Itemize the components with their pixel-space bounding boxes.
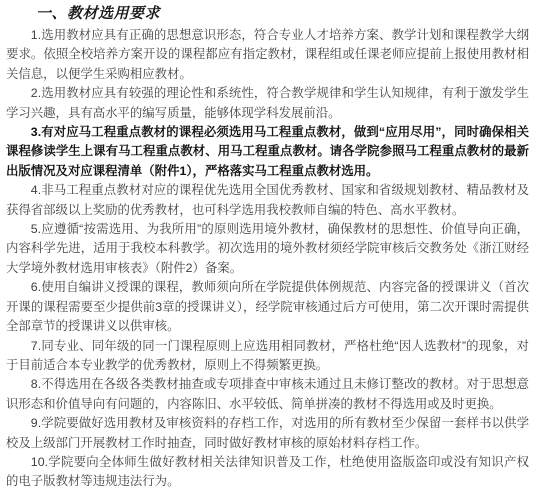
paragraph: 5.应遵循“按需选用、为我所用”的原则选用境外教材，确保教材的思想性、价值导向正… [6,220,529,278]
paragraph: 2.选用教材应具有较强的理论性和系统性，符合教学规律和学生认知规律，有利于激发学… [6,84,529,123]
section-title: 一、教材选用要求 [6,4,529,25]
paragraph: 10.学院要向全体师生做好教材相关法律知识普及工作，杜绝使用盗版盗印或没有知识产… [6,453,529,487]
paragraph: 3.有对应马工程重点教材的课程必须选用马工程重点教材，做到“应用尽用”，同时确保… [6,123,529,181]
paragraph: 6.使用自编讲义授课的课程，教师须向所在学院提供体例规范、内容完备的授课讲义（首… [6,278,529,336]
document-page: 一、教材选用要求 1.选用教材应具有正确的思想意识形态，符合专业人才培养方案、教… [0,0,541,487]
paragraph: 4.非马工程重点教材对应的课程优先选用全国优秀教材、国家和省级规划教材、精品教材… [6,181,529,220]
paragraph: 8.不得选用在各级各类教材抽查或专项排查中审核未通过且未修订整改的教材。对于思想… [6,375,529,414]
paragraph: 1.选用教材应具有正确的思想意识形态，符合专业人才培养方案、教学计划和课程教学大… [6,26,529,84]
paragraph: 9.学院要做好选用教材及审核资料的存档工作，对选用的所有教材至少保留一套样书以供… [6,414,529,453]
paragraph-list: 1.选用教材应具有正确的思想意识形态，符合专业人才培养方案、教学计划和课程教学大… [6,26,529,487]
paragraph: 7.同专业、同年级的同一门课程原则上应选用相同教材，严格杜绝“因人选教材”的现象… [6,337,529,376]
